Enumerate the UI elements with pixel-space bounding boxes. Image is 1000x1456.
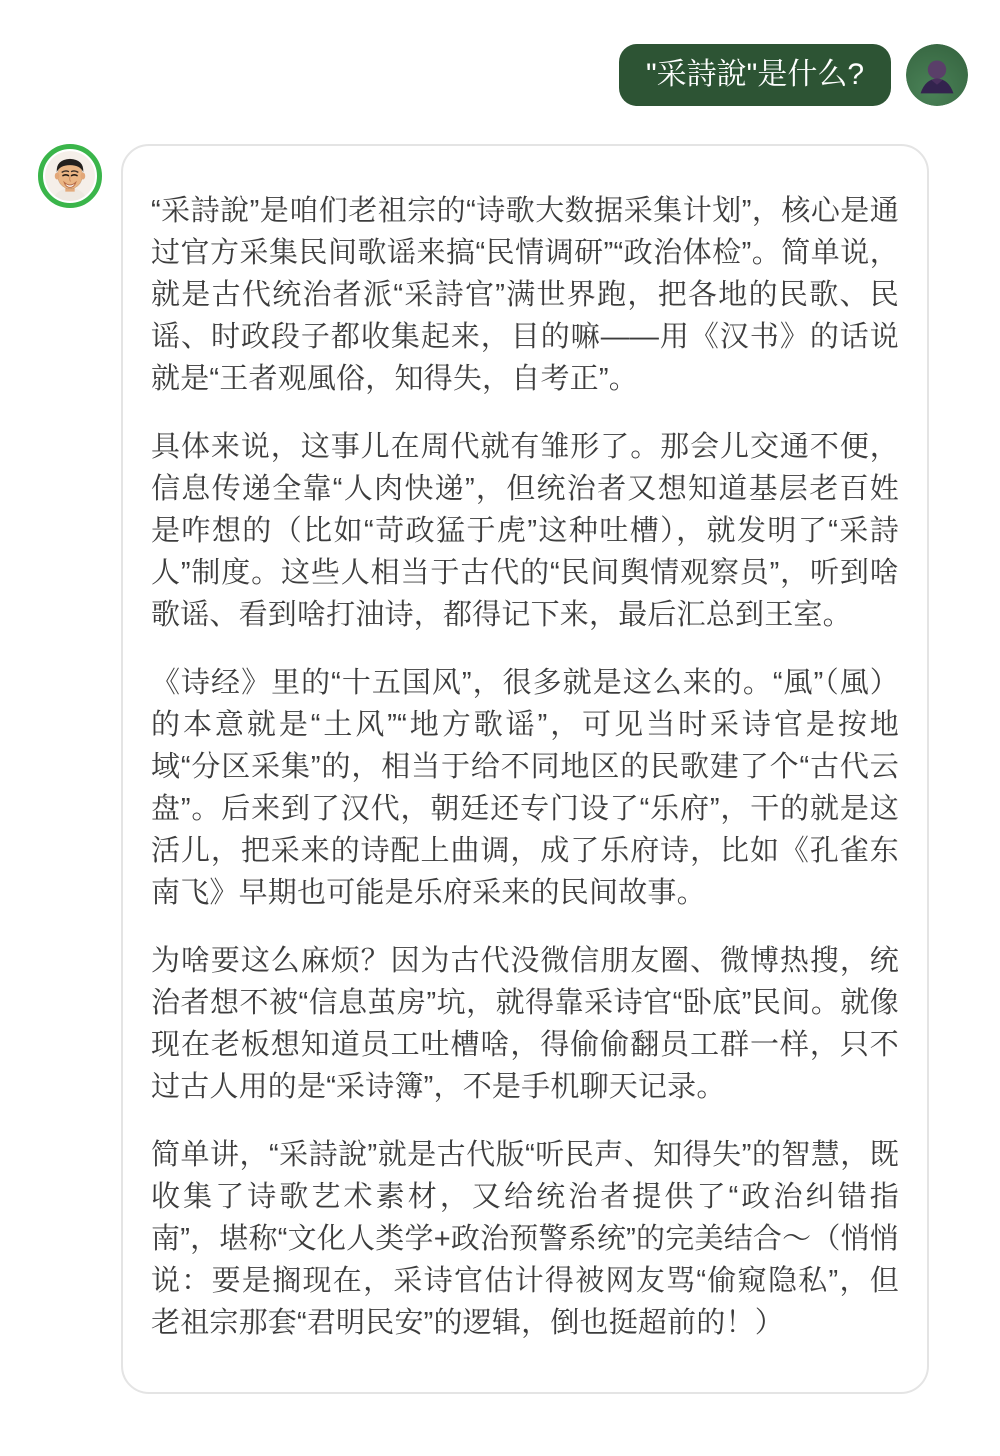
assistant-avatar[interactable]	[38, 144, 102, 208]
assistant-paragraph: 简单讲，“采詩說”就是古代版“听民声、知得失”的智慧，既收集了诗歌艺术素材，又给…	[151, 1134, 899, 1344]
man-portrait-photo-icon	[45, 151, 95, 201]
user-message-bubble: "采詩說"是什么?	[619, 44, 891, 106]
assistant-message-bubble: “采詩說”是咱们老祖宗的“诗歌大数据采集计划”，核心是通过官方采集民间歌谣来搞“…	[121, 144, 929, 1394]
assistant-paragraph: 为啥要这么麻烦？因为古代没微信朋友圈、微博热搜，统治者想不被“信息茧房”坑，就得…	[151, 940, 899, 1108]
assistant-paragraph: “采詩說”是咱们老祖宗的“诗歌大数据采集计划”，核心是通过官方采集民间歌谣来搞“…	[151, 190, 899, 400]
user-avatar[interactable]	[906, 44, 968, 106]
assistant-paragraph: 具体来说，这事儿在周代就有雏形了。那会儿交通不便，信息传递全靠“人肉快递”，但统…	[151, 426, 899, 636]
assistant-message-row: “采詩說”是咱们老祖宗的“诗歌大数据采集计划”，核心是通过官方采集民间歌谣来搞“…	[0, 106, 1000, 1394]
person-silhouette-icon	[906, 44, 968, 106]
user-message-row: "采詩說"是什么?	[0, 0, 1000, 106]
assistant-paragraph: 《诗经》里的“十五国风”，很多就是这么来的。“風”（風）的本意就是“土风”“地方…	[151, 662, 899, 914]
